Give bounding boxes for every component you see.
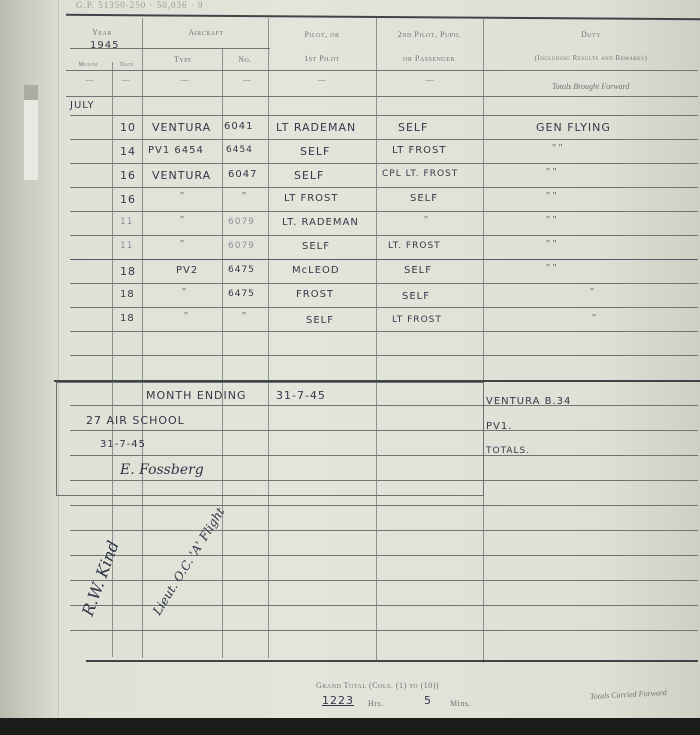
second-pilot-label-1: 2nd Pilot, Pupil: [376, 30, 482, 39]
entry-pilot: LT RADEMAN: [276, 121, 356, 134]
entry-type-ditto: ": [182, 287, 186, 298]
bottom-rule: [86, 660, 698, 662]
pilot-label-1: Pilot, or: [270, 30, 374, 39]
totals-carried-forward: Totals Carried Forward: [590, 688, 667, 701]
col-divider: [268, 18, 269, 658]
row-rule: [70, 283, 698, 284]
dash: —: [420, 75, 440, 84]
hours-label: Hrs.: [368, 699, 384, 708]
entry-duty-ditto: " ": [546, 191, 557, 202]
entry-type: PV2: [176, 265, 198, 276]
entry-second: LT FROST: [392, 145, 447, 156]
entry-pilot: SELF: [302, 241, 330, 252]
entry-duty-ditto: " ": [546, 263, 557, 274]
dash: —: [312, 75, 332, 84]
binding-shadow: [24, 85, 38, 100]
row-rule: [70, 331, 698, 332]
entry-pilot: McLEOD: [292, 265, 340, 276]
entry-duty: GEN FLYING: [536, 121, 611, 134]
entry-pilot: LT. RADEMAN: [282, 217, 359, 228]
row-rule: [70, 355, 698, 356]
entry-pilot: SELF: [300, 145, 330, 158]
entry-no: 6475: [228, 265, 255, 275]
dash: —: [175, 75, 195, 84]
dash: —: [237, 75, 257, 84]
grand-total-label: Grand Total (Cols. (1) to (10)): [316, 681, 439, 690]
entry-no: 6079: [228, 241, 255, 251]
row-rule: [70, 211, 698, 212]
aircraft-type-summary: VENTURA B.34: [486, 396, 571, 407]
no-label: No.: [222, 55, 268, 64]
top-rule: [66, 14, 700, 20]
entry-second: LT. FROST: [388, 241, 441, 251]
entry-no: 6047: [228, 169, 257, 180]
entry-duty-ditto: ": [592, 313, 596, 324]
entry-second: SELF: [404, 265, 432, 276]
binding-highlight: [24, 100, 38, 180]
entry-date: 16: [120, 169, 136, 182]
entry-type: VENTURA: [152, 169, 211, 182]
header-rule: [70, 48, 270, 49]
entry-date: 16: [120, 193, 136, 206]
print-reference: G.P. 51350-250 · 50,036 · 9: [76, 0, 204, 10]
entry-second: SELF: [410, 193, 438, 204]
entry-type-ditto: ": [180, 239, 184, 250]
summary-signature: E. Fossberg: [120, 462, 204, 478]
entry-no-ditto: ": [242, 311, 246, 322]
row-rule: [70, 139, 698, 140]
month-ending-label: MONTH ENDING: [146, 389, 247, 402]
entry-type-ditto: ": [180, 191, 184, 202]
entry-second-ditto: ": [424, 215, 428, 226]
month-ending-date: 31-7-45: [276, 389, 326, 402]
row-rule: [70, 259, 698, 260]
mins-label: Mins.: [450, 699, 471, 708]
year-label: Year: [72, 28, 132, 37]
entry-date: 18: [120, 313, 135, 324]
entry-date: 11: [120, 241, 133, 251]
row-rule: [70, 187, 698, 188]
row-rule: [70, 530, 698, 531]
entry-date: 14: [120, 145, 136, 158]
date-label: Date: [112, 62, 142, 68]
entry-duty-ditto: " ": [546, 215, 557, 226]
dash: —: [116, 75, 136, 84]
entry-date: 10: [120, 121, 136, 134]
summary-date: 31-7-45: [100, 439, 146, 450]
entry-type: VENTURA: [152, 121, 211, 134]
entry-date: 18: [120, 265, 136, 278]
background-edge: [0, 718, 700, 735]
aircraft-type-summary: TOTALS.: [486, 446, 530, 456]
entry-no-ditto: ": [242, 191, 246, 202]
header-rule: [66, 70, 698, 71]
entry-pilot: SELF: [294, 169, 324, 182]
row-rule: [70, 163, 698, 164]
entry-no: 6079: [228, 217, 255, 227]
row-rule: [70, 630, 698, 631]
entry-date: 11: [120, 217, 133, 227]
row-rule: [70, 505, 698, 506]
totals-brought-forward: Totals Brought Forward: [552, 82, 629, 91]
row-rule: [70, 235, 698, 236]
second-pilot-label-2: or Passenger: [376, 54, 482, 63]
row-rule: [70, 555, 698, 556]
certifying-signature: R.W. Kind: [78, 538, 123, 618]
grand-total-hours: 1223: [322, 694, 354, 707]
month-label: Month: [70, 62, 106, 68]
logbook-page: G.P. 51350-250 · 50,036 · 9 Year 1945 Mo…: [0, 0, 700, 722]
header-rule: [66, 96, 698, 97]
entry-type-ditto: ": [180, 215, 184, 226]
entry-duty-ditto: ": [590, 287, 594, 298]
entry-pilot: SELF: [306, 315, 334, 326]
month: JULY: [70, 100, 95, 111]
entry-second: SELF: [398, 121, 428, 134]
unit-name: 27 AIR SCHOOL: [86, 414, 185, 427]
duty-label-2: (Including Results and Remarks): [484, 54, 698, 62]
grand-total-mins: 5: [424, 694, 432, 707]
entry-pilot: FROST: [296, 289, 334, 300]
dash: —: [80, 75, 100, 84]
entry-duty-ditto: " ": [552, 143, 563, 154]
entry-type: PV1 6454: [148, 145, 204, 156]
entry-duty-ditto: " ": [546, 167, 557, 178]
entry-second: SELF: [402, 291, 430, 302]
entry-date: 18: [120, 289, 135, 300]
entry-duty-ditto: " ": [546, 239, 557, 250]
col-divider: [142, 18, 143, 658]
row-rule: [70, 115, 698, 116]
entry-type-ditto: ": [184, 311, 188, 322]
entry-no: 6475: [228, 289, 255, 299]
entry-no: 6454: [226, 145, 253, 155]
entry-second: CPL LT. FROST: [382, 169, 458, 179]
entry-second: LT FROST: [392, 315, 442, 325]
aircraft-type-summary: PV1.: [486, 421, 512, 432]
entry-pilot: LT FROST: [284, 193, 339, 204]
entry-no: 6041: [224, 121, 253, 132]
row-rule: [70, 580, 698, 581]
aircraft-label: Aircraft: [144, 28, 268, 37]
duty-label-1: Duty: [484, 30, 698, 39]
certifying-title: Lieut. O.C. 'A' Flight: [150, 505, 227, 617]
row-rule: [70, 307, 698, 308]
type-label: Type: [144, 55, 222, 64]
pilot-label-2: 1st Pilot: [270, 54, 374, 63]
year-value: 1945: [90, 40, 119, 51]
